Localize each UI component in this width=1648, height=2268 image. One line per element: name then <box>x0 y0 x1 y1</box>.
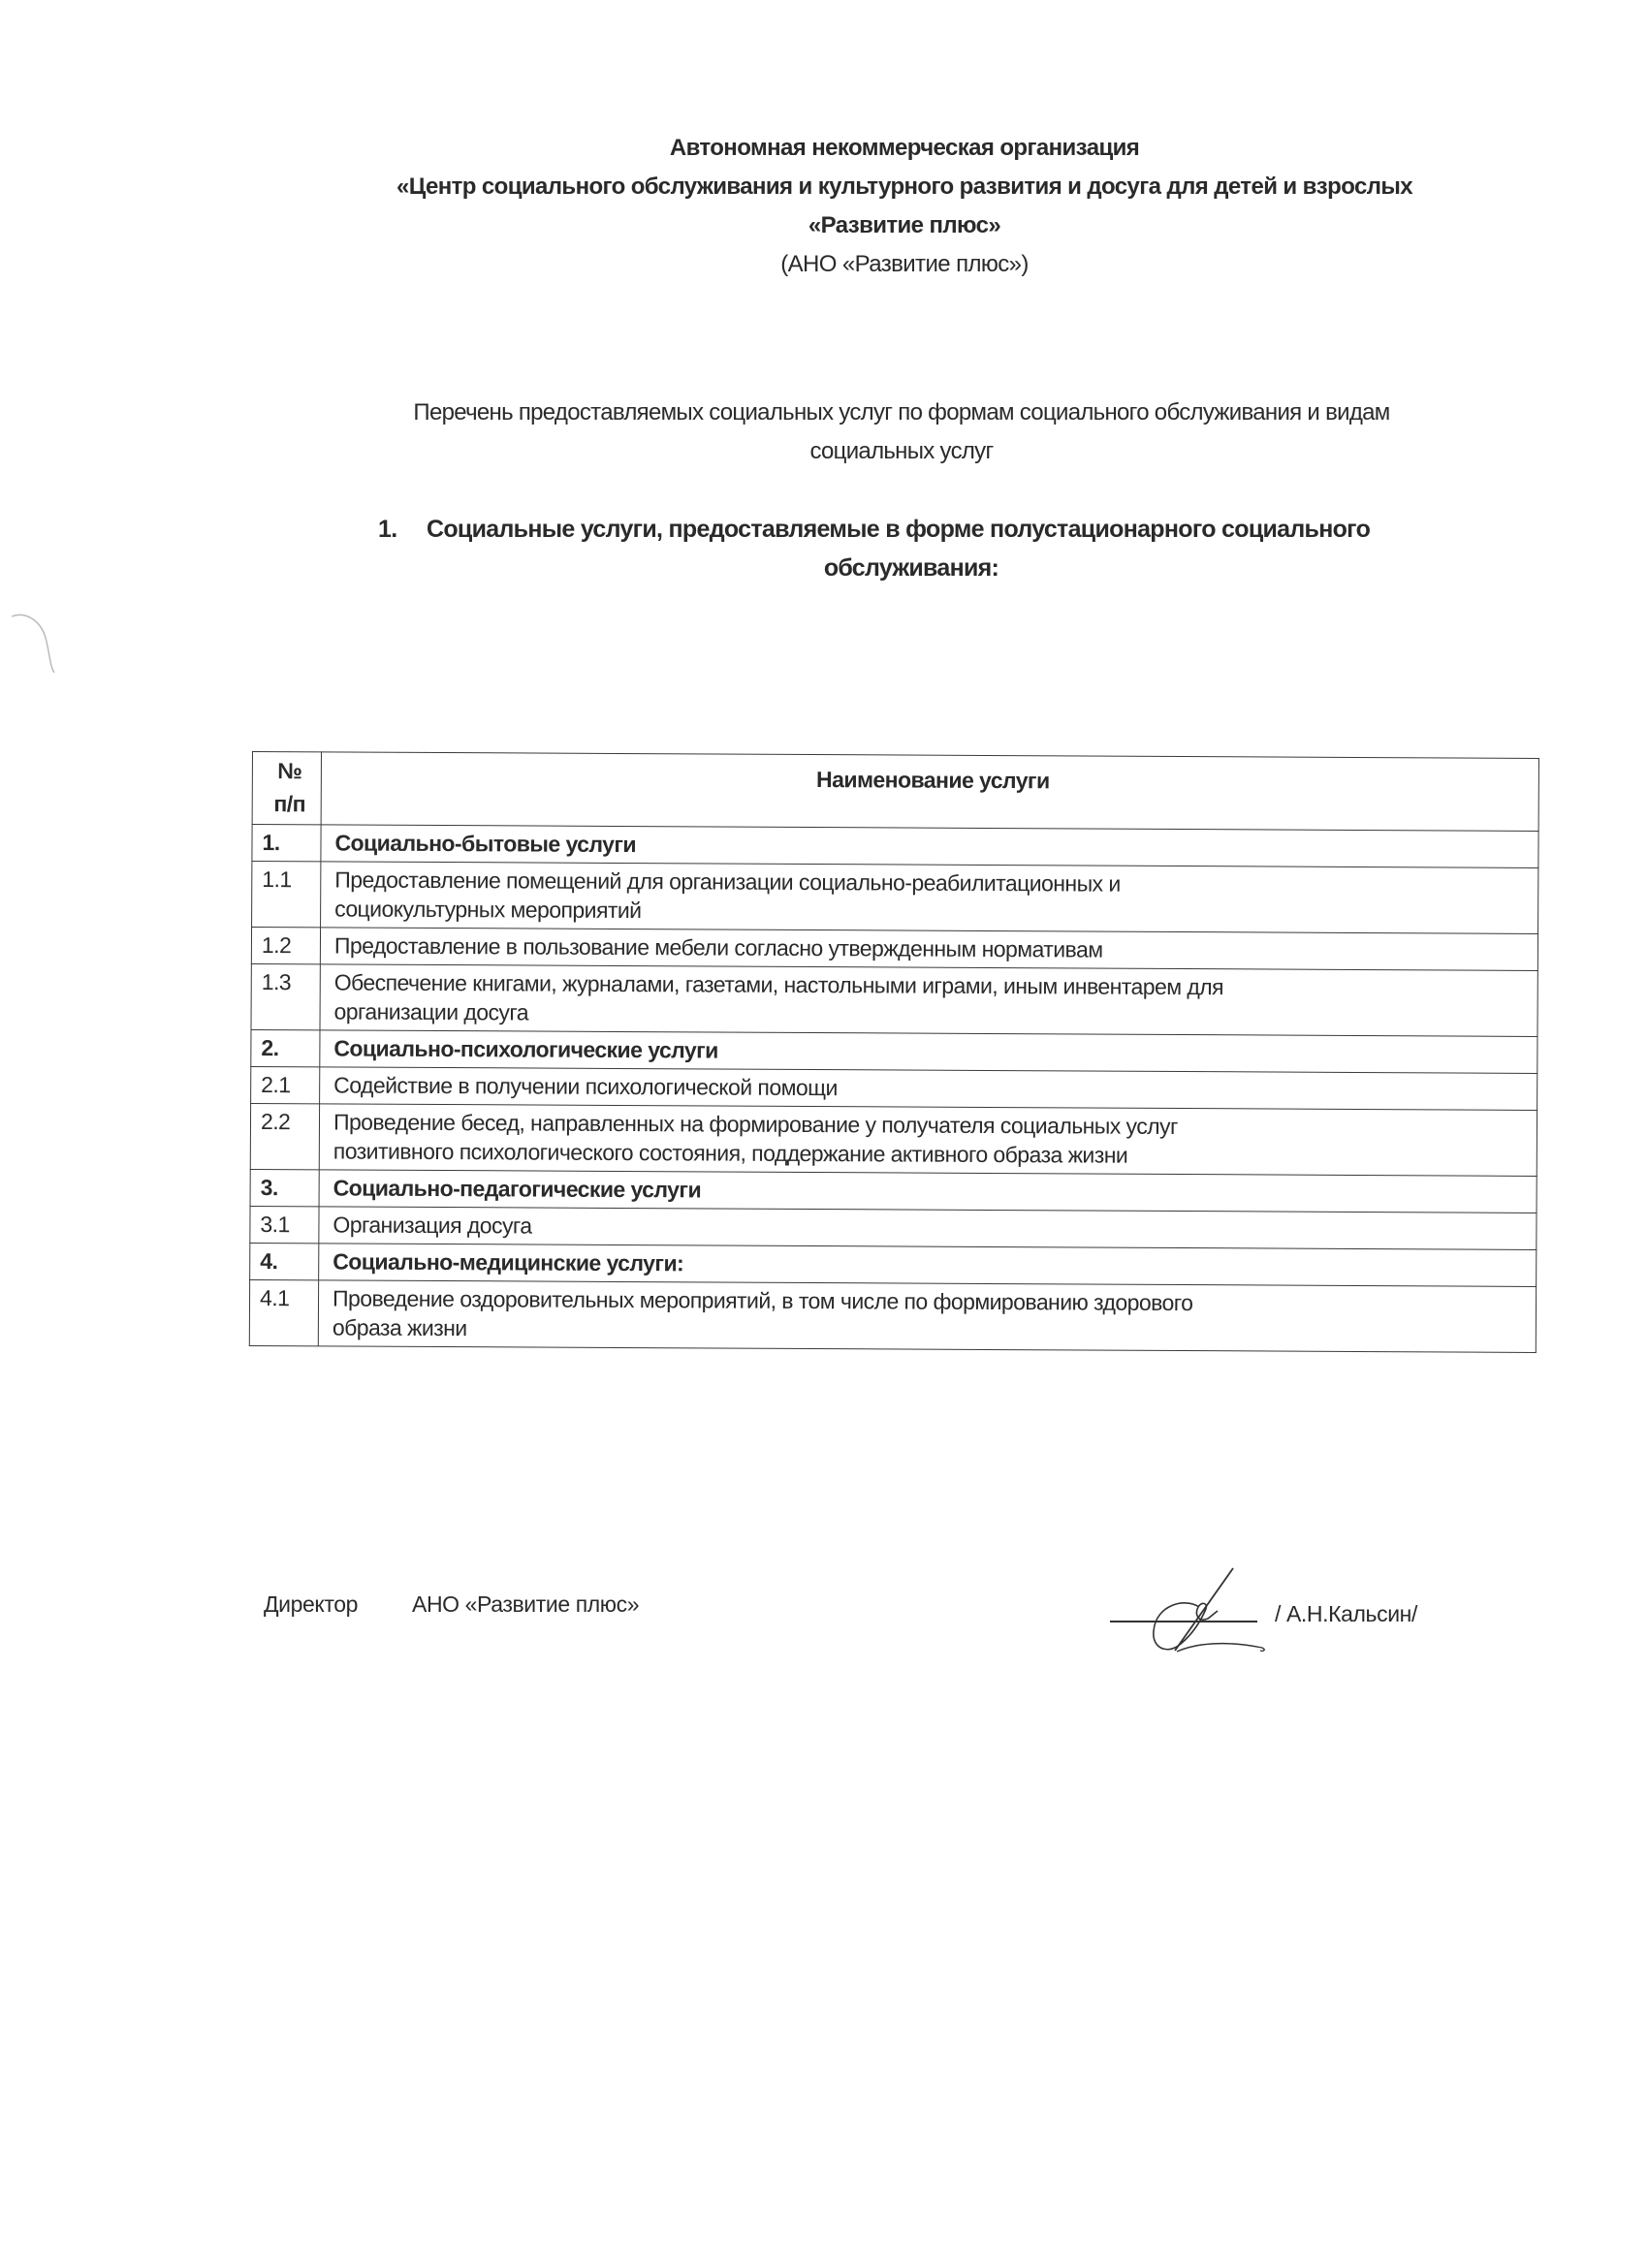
service-name-line: социокультурных мероприятий <box>334 894 1530 929</box>
service-name-line: Содействие в получении психологической п… <box>333 1070 1529 1105</box>
table-row: 4.1Проведение оздоровительных мероприяти… <box>249 1279 1536 1352</box>
organization-header: Автономная некоммерческая организация «Ц… <box>323 129 1486 284</box>
section-title-line-2: обслуживания: <box>378 549 1444 587</box>
row-number: 1.2 <box>251 928 320 964</box>
service-name: Социально-психологические услуги <box>320 1030 1537 1074</box>
row-number: 4. <box>250 1243 319 1279</box>
service-name: Организация досуга <box>319 1207 1537 1250</box>
service-name-line: Социально-медицинские услуги: <box>333 1246 1528 1281</box>
subtitle-line-2: социальных услуг <box>252 432 1551 471</box>
subtitle-line-1: Перечень предоставляемых социальных услу… <box>252 394 1551 432</box>
row-number: 3.1 <box>250 1206 319 1243</box>
table-row: 2.2Проведение бесед, направленных на фор… <box>250 1103 1537 1176</box>
column-header-number-line-1: № <box>263 754 317 787</box>
service-name-line: организации досуга <box>334 996 1530 1031</box>
table-header-row: № п/п Наименование услуги <box>252 752 1538 832</box>
signature-icon <box>1117 1559 1272 1675</box>
service-name: Содействие в получении психологической п… <box>320 1067 1537 1111</box>
service-name: Обеспечение книгами, журналами, газетами… <box>320 964 1537 1037</box>
signatory-position: Директор <box>264 1591 358 1618</box>
org-header-line-2: «Центр социального обслуживания и культу… <box>323 168 1486 206</box>
service-name-line: образа жизни <box>333 1312 1528 1347</box>
section-title-line-1: Социальные услуги, предоставляемые в фор… <box>427 510 1370 549</box>
service-name: Предоставление помещений для организации… <box>321 862 1538 934</box>
service-name: Проведение оздоровительных мероприятий, … <box>318 1280 1536 1353</box>
row-number: 1. <box>252 825 321 862</box>
services-table-body: 1.Социально-бытовые услуги1.1Предоставле… <box>249 825 1538 1353</box>
row-number: 4.1 <box>249 1279 318 1345</box>
document-subtitle: Перечень предоставляемых социальных услу… <box>252 394 1551 471</box>
scan-artifact-icon <box>8 603 56 680</box>
service-name: Социально-педагогические услуги <box>319 1170 1537 1213</box>
org-header-line-1: Автономная некоммерческая организация <box>323 129 1486 168</box>
service-name-line: Социально-бытовые услуги <box>334 828 1530 863</box>
service-name: Проведение бесед, направленных на формир… <box>319 1104 1537 1177</box>
section-number: 1. <box>378 510 396 549</box>
table-row: 1.1Предоставление помещений для организа… <box>252 862 1538 934</box>
org-header-line-3: «Развитие плюс» <box>323 206 1486 245</box>
service-name: Социально-бытовые услуги <box>321 825 1538 868</box>
row-number: 1.1 <box>252 862 321 928</box>
column-header-number-line-2: п/п <box>263 787 317 820</box>
signatory-organization: АНО «Развитие плюс» <box>412 1591 639 1618</box>
signature-block: Директор АНО «Развитие плюс» / А.Н.Кальс… <box>264 1588 1524 1675</box>
service-name-line: позитивного психологического состояния, … <box>333 1136 1529 1171</box>
row-number: 1.3 <box>251 963 320 1029</box>
org-header-line-4: (АНО «Развитие плюс») <box>323 245 1486 284</box>
service-name-line: Организация досуга <box>333 1210 1528 1244</box>
service-name-line: Социально-педагогические услуги <box>333 1173 1529 1208</box>
signatory-name: / А.Н.Кальсин/ <box>1275 1601 1417 1627</box>
service-name-line: Предоставление в пользование мебели согл… <box>334 930 1530 965</box>
column-header-number: № п/п <box>252 752 321 825</box>
service-name: Социально-медицинские услуги: <box>319 1244 1537 1287</box>
row-number: 2. <box>251 1029 320 1066</box>
service-name-line: Социально-психологические услуги <box>333 1033 1529 1068</box>
column-header-name: Наименование услуги <box>321 752 1538 832</box>
row-number: 3. <box>250 1169 319 1206</box>
row-number: 2.1 <box>251 1066 320 1103</box>
service-name: Предоставление в пользование мебели согл… <box>320 928 1537 971</box>
table-row: 1.3Обеспечение книгами, журналами, газет… <box>251 963 1537 1036</box>
row-number: 2.2 <box>250 1103 319 1169</box>
services-table: № п/п Наименование услуги 1.Социально-бы… <box>249 751 1539 1353</box>
